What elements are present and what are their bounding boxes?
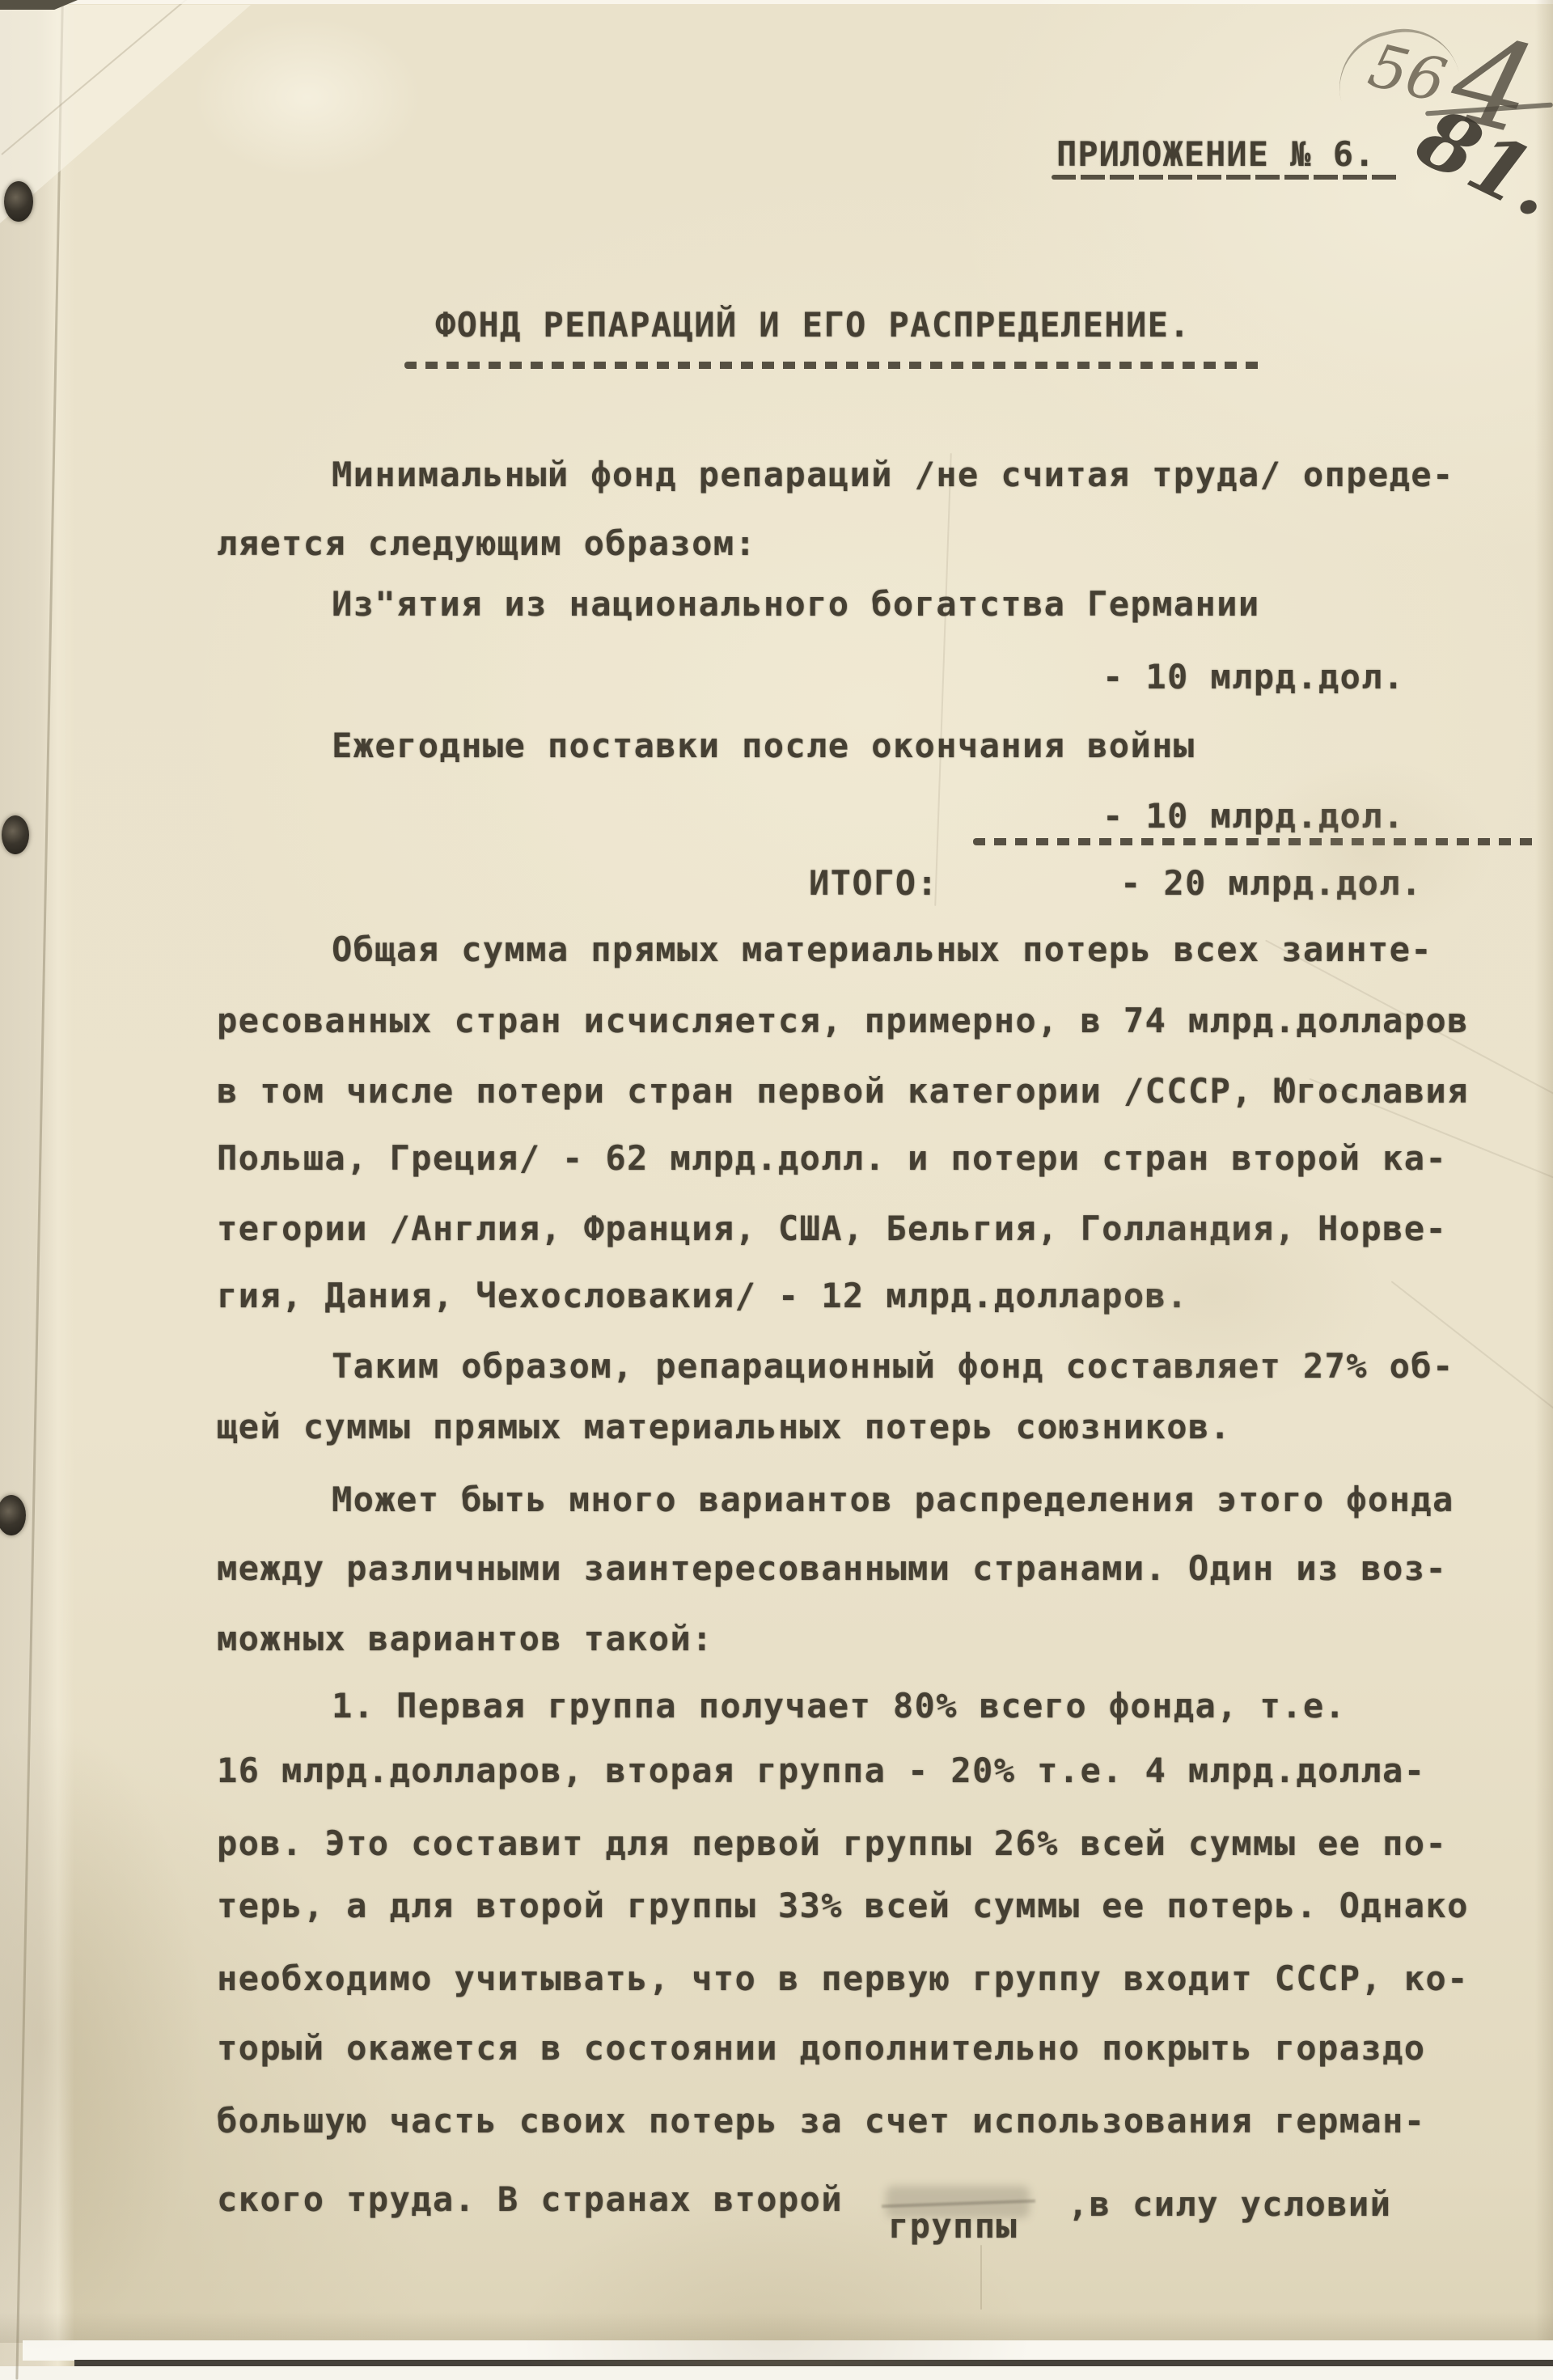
scan-background-bar <box>74 2360 1553 2366</box>
corner-fold <box>0 5 251 223</box>
entry-label: Из"ятия из национального богатства Герма… <box>332 584 1260 625</box>
text-line: в том числе потери стран первой категори… <box>217 1071 1469 1112</box>
text-line: гия, Дания, Чехословакия/ - 12 млрд.долл… <box>217 1276 1188 1316</box>
page-right-shadow <box>1535 0 1553 2366</box>
text-line: ров. Это составит для первой группы 26% … <box>217 1823 1447 1864</box>
text-line: Польша, Греция/ - 62 млрд.долл. и потери… <box>217 1138 1447 1179</box>
scan-background-bottom <box>23 2340 1553 2361</box>
text-line: Может быть много вариантов распределения… <box>332 1480 1454 1520</box>
text-line: между различными заинтересованными стран… <box>217 1548 1447 1589</box>
text-line: тегории /Англия, Франция, США, Бельгия, … <box>217 1209 1447 1249</box>
total-amount: - 20 млрд.дол. <box>1120 863 1423 904</box>
text-line: Общая сумма прямых материальных потерь в… <box>332 930 1432 970</box>
text-line: ского труда. В странах второй <box>217 2179 843 2220</box>
text-line: можных вариантов такой: <box>217 1619 713 1659</box>
entry-amount: - 10 млрд.дол. <box>1102 796 1405 836</box>
text-line: ,в силу условий <box>1068 2184 1391 2225</box>
binder-hole <box>4 181 33 222</box>
header-underline <box>1052 175 1401 180</box>
text-line: ресованных стран исчисляется, примерно, … <box>217 1001 1469 1041</box>
text-line: 16 млрд.долларов, вторая группа - 20% т.… <box>217 1751 1425 1791</box>
text-line: 1. Первая группа получает 80% всего фонд… <box>332 1686 1346 1726</box>
text-line: терь, а для второй группы 33% всей суммы… <box>217 1886 1469 1926</box>
page-bottom-shadow <box>0 2312 1553 2343</box>
paper-crease <box>980 2245 982 2310</box>
text-line: необходимо учитывать, что в первую групп… <box>217 1959 1469 1999</box>
entry-amount: - 10 млрд.дол. <box>1102 657 1405 697</box>
text-line: Минимальный фонд репараций /не считая тр… <box>332 455 1454 495</box>
entry-label: Ежегодные поставки после окончания войны <box>332 726 1195 766</box>
inserted-word: группы <box>888 2206 1018 2247</box>
text-line: ляется следующим образом: <box>217 523 756 564</box>
binder-hole <box>2 815 29 854</box>
scanned-page: 56 4 81. ПРИЛОЖЕНИЕ № 6. ФОНД РЕПАРАЦИЙ … <box>0 0 1553 2366</box>
document-title: ФОНД РЕПАРАЦИЙ И ЕГО РАСПРЕДЕЛЕНИЕ. <box>435 305 1191 345</box>
text-line: щей суммы прямых материальных потерь сою… <box>217 1407 1231 1447</box>
paper-crease <box>934 453 952 906</box>
page-top-edge <box>0 0 1553 4</box>
total-label: ИТОГО: <box>809 863 938 904</box>
paper-stains <box>0 0 1553 2366</box>
title-underline-dashes <box>404 362 1263 369</box>
text-line: торый окажется в состоянии дополнительно… <box>217 2028 1425 2069</box>
page-left-edge <box>0 0 74 2366</box>
total-separator-dashes <box>973 838 1539 845</box>
text-line: Таким образом, репарационный фонд состав… <box>332 1346 1454 1387</box>
appendix-header: ПРИЛОЖЕНИЕ № 6. <box>1056 134 1375 175</box>
text-line: большую часть своих потерь за счет испол… <box>217 2101 1425 2141</box>
